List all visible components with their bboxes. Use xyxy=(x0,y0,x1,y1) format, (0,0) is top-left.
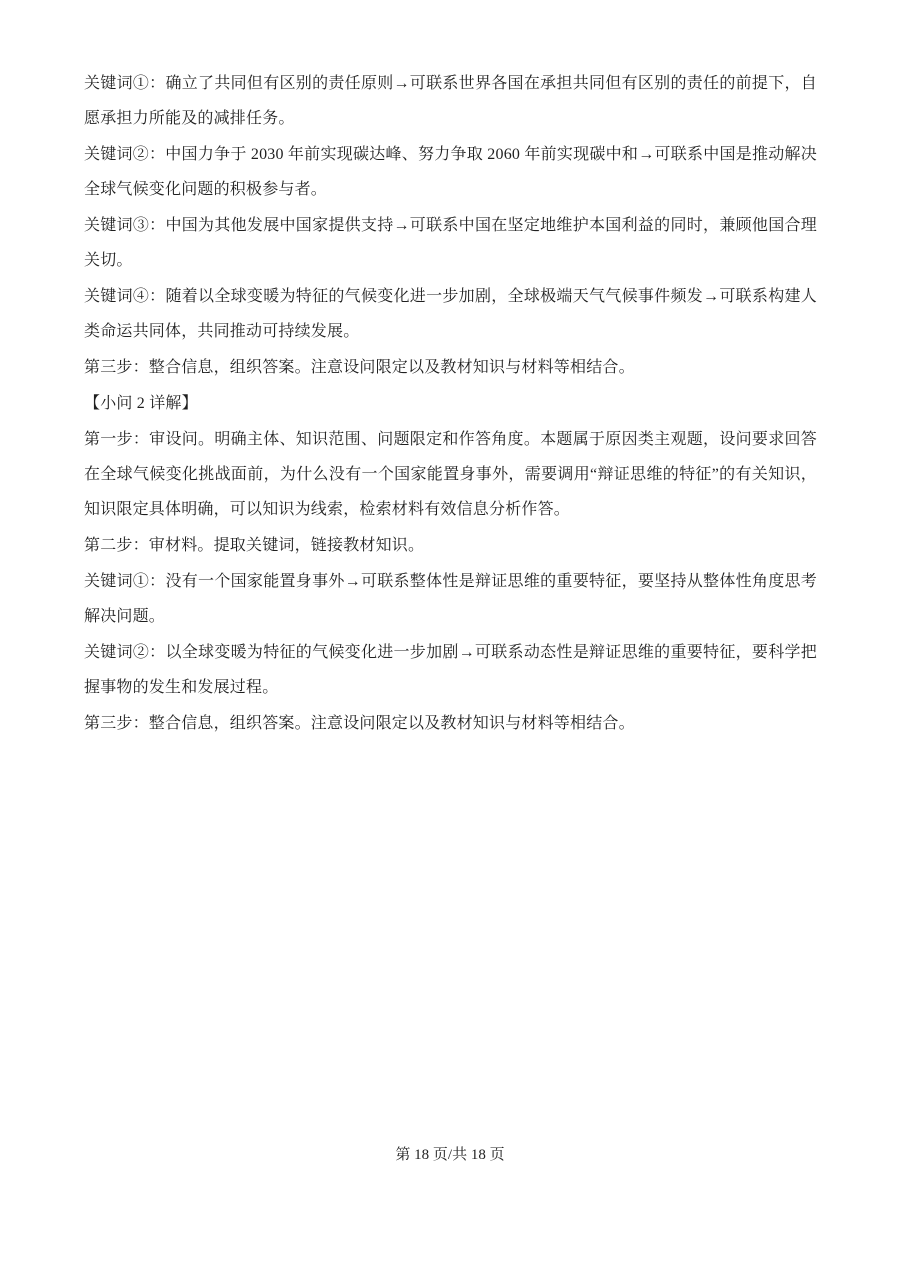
page-footer: 第 18 页/共 18 页 xyxy=(0,1144,900,1166)
document-page: 关键词①：确立了共同但有区别的责任原则→可联系世界各国在承担共同但有区别的责任的… xyxy=(0,0,900,1273)
section-heading-subquestion-2: 【小问 2 详解】 xyxy=(84,386,817,421)
paragraph-step-2: 第二步：审材料。提取关键词，链接教材知识。 xyxy=(84,528,817,563)
paragraph-keyword-2: 关键词②：中国力争于 2030 年前实现碳达峰、努力争取 2060 年前实现碳中… xyxy=(84,137,817,207)
paragraph-keyword-3: 关键词③：中国为其他发展中国家提供支持→可联系中国在坚定地维护本国利益的同时，兼… xyxy=(84,208,817,278)
paragraph-keyword-4: 关键词④：随着以全球变暖为特征的气候变化进一步加剧，全球极端天气气候事件频发→可… xyxy=(84,279,817,349)
document-body: 关键词①：确立了共同但有区别的责任原则→可联系世界各国在承担共同但有区别的责任的… xyxy=(84,66,817,742)
paragraph-keyword-1: 关键词①：确立了共同但有区别的责任原则→可联系世界各国在承担共同但有区别的责任的… xyxy=(84,66,817,136)
paragraph-step-1: 第一步：审设问。明确主体、知识范围、问题限定和作答角度。本题属于原因类主观题，设… xyxy=(84,422,817,527)
paragraph-step-3b: 第三步：整合信息，组织答案。注意设问限定以及教材知识与材料等相结合。 xyxy=(84,706,817,741)
paragraph-keyword-1b: 关键词①：没有一个国家能置身事外→可联系整体性是辩证思维的重要特征，要坚持从整体… xyxy=(84,564,817,634)
paragraph-step-3: 第三步：整合信息，组织答案。注意设问限定以及教材知识与材料等相结合。 xyxy=(84,350,817,385)
paragraph-keyword-2b: 关键词②：以全球变暖为特征的气候变化进一步加剧→可联系动态性是辩证思维的重要特征… xyxy=(84,635,817,705)
